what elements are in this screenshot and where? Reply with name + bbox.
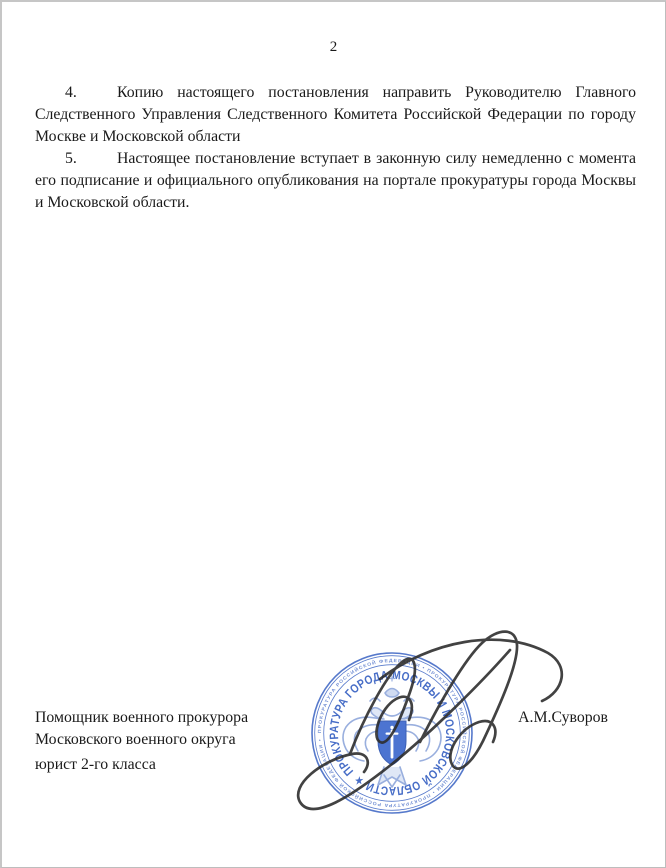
paragraph-number: 5. — [65, 148, 117, 170]
paragraph-line: и Московской области. — [35, 192, 636, 214]
paragraph-line: Следственного Управления Следственного К… — [35, 104, 636, 126]
document-page: 2 4.Копию настоящего постановления напра… — [0, 0, 666, 868]
paragraph-line: 4.Копию настоящего постановления направи… — [35, 82, 636, 104]
paragraph-line: Москве и Московской области — [35, 126, 636, 148]
official-stamp: ПРОКУРАТУРА РОССИЙСКОЙ ФЕДЕРАЦИИ • ПРОКУ… — [280, 617, 600, 868]
paragraph-text: Копию настоящего постановления направить… — [117, 84, 636, 101]
document-body: 4.Копию настоящего постановления направи… — [35, 82, 636, 214]
paragraph-text: Настоящее постановление вступает в закон… — [117, 150, 636, 167]
paragraph-line: его подписание и официального опубликова… — [35, 170, 636, 192]
page-number: 2 — [2, 39, 665, 56]
paragraph-number: 4. — [65, 82, 117, 104]
signer-rank: юрист 2-го класса — [35, 754, 248, 776]
paragraph-line: 5.Настоящее постановление вступает в зак… — [35, 148, 636, 170]
signer-position-line: Московского военного округа — [35, 729, 248, 751]
signer-position-line: Помощник военного прокурора — [35, 707, 248, 729]
signer-position-block: Помощник военного прокурора Московского … — [35, 707, 248, 776]
